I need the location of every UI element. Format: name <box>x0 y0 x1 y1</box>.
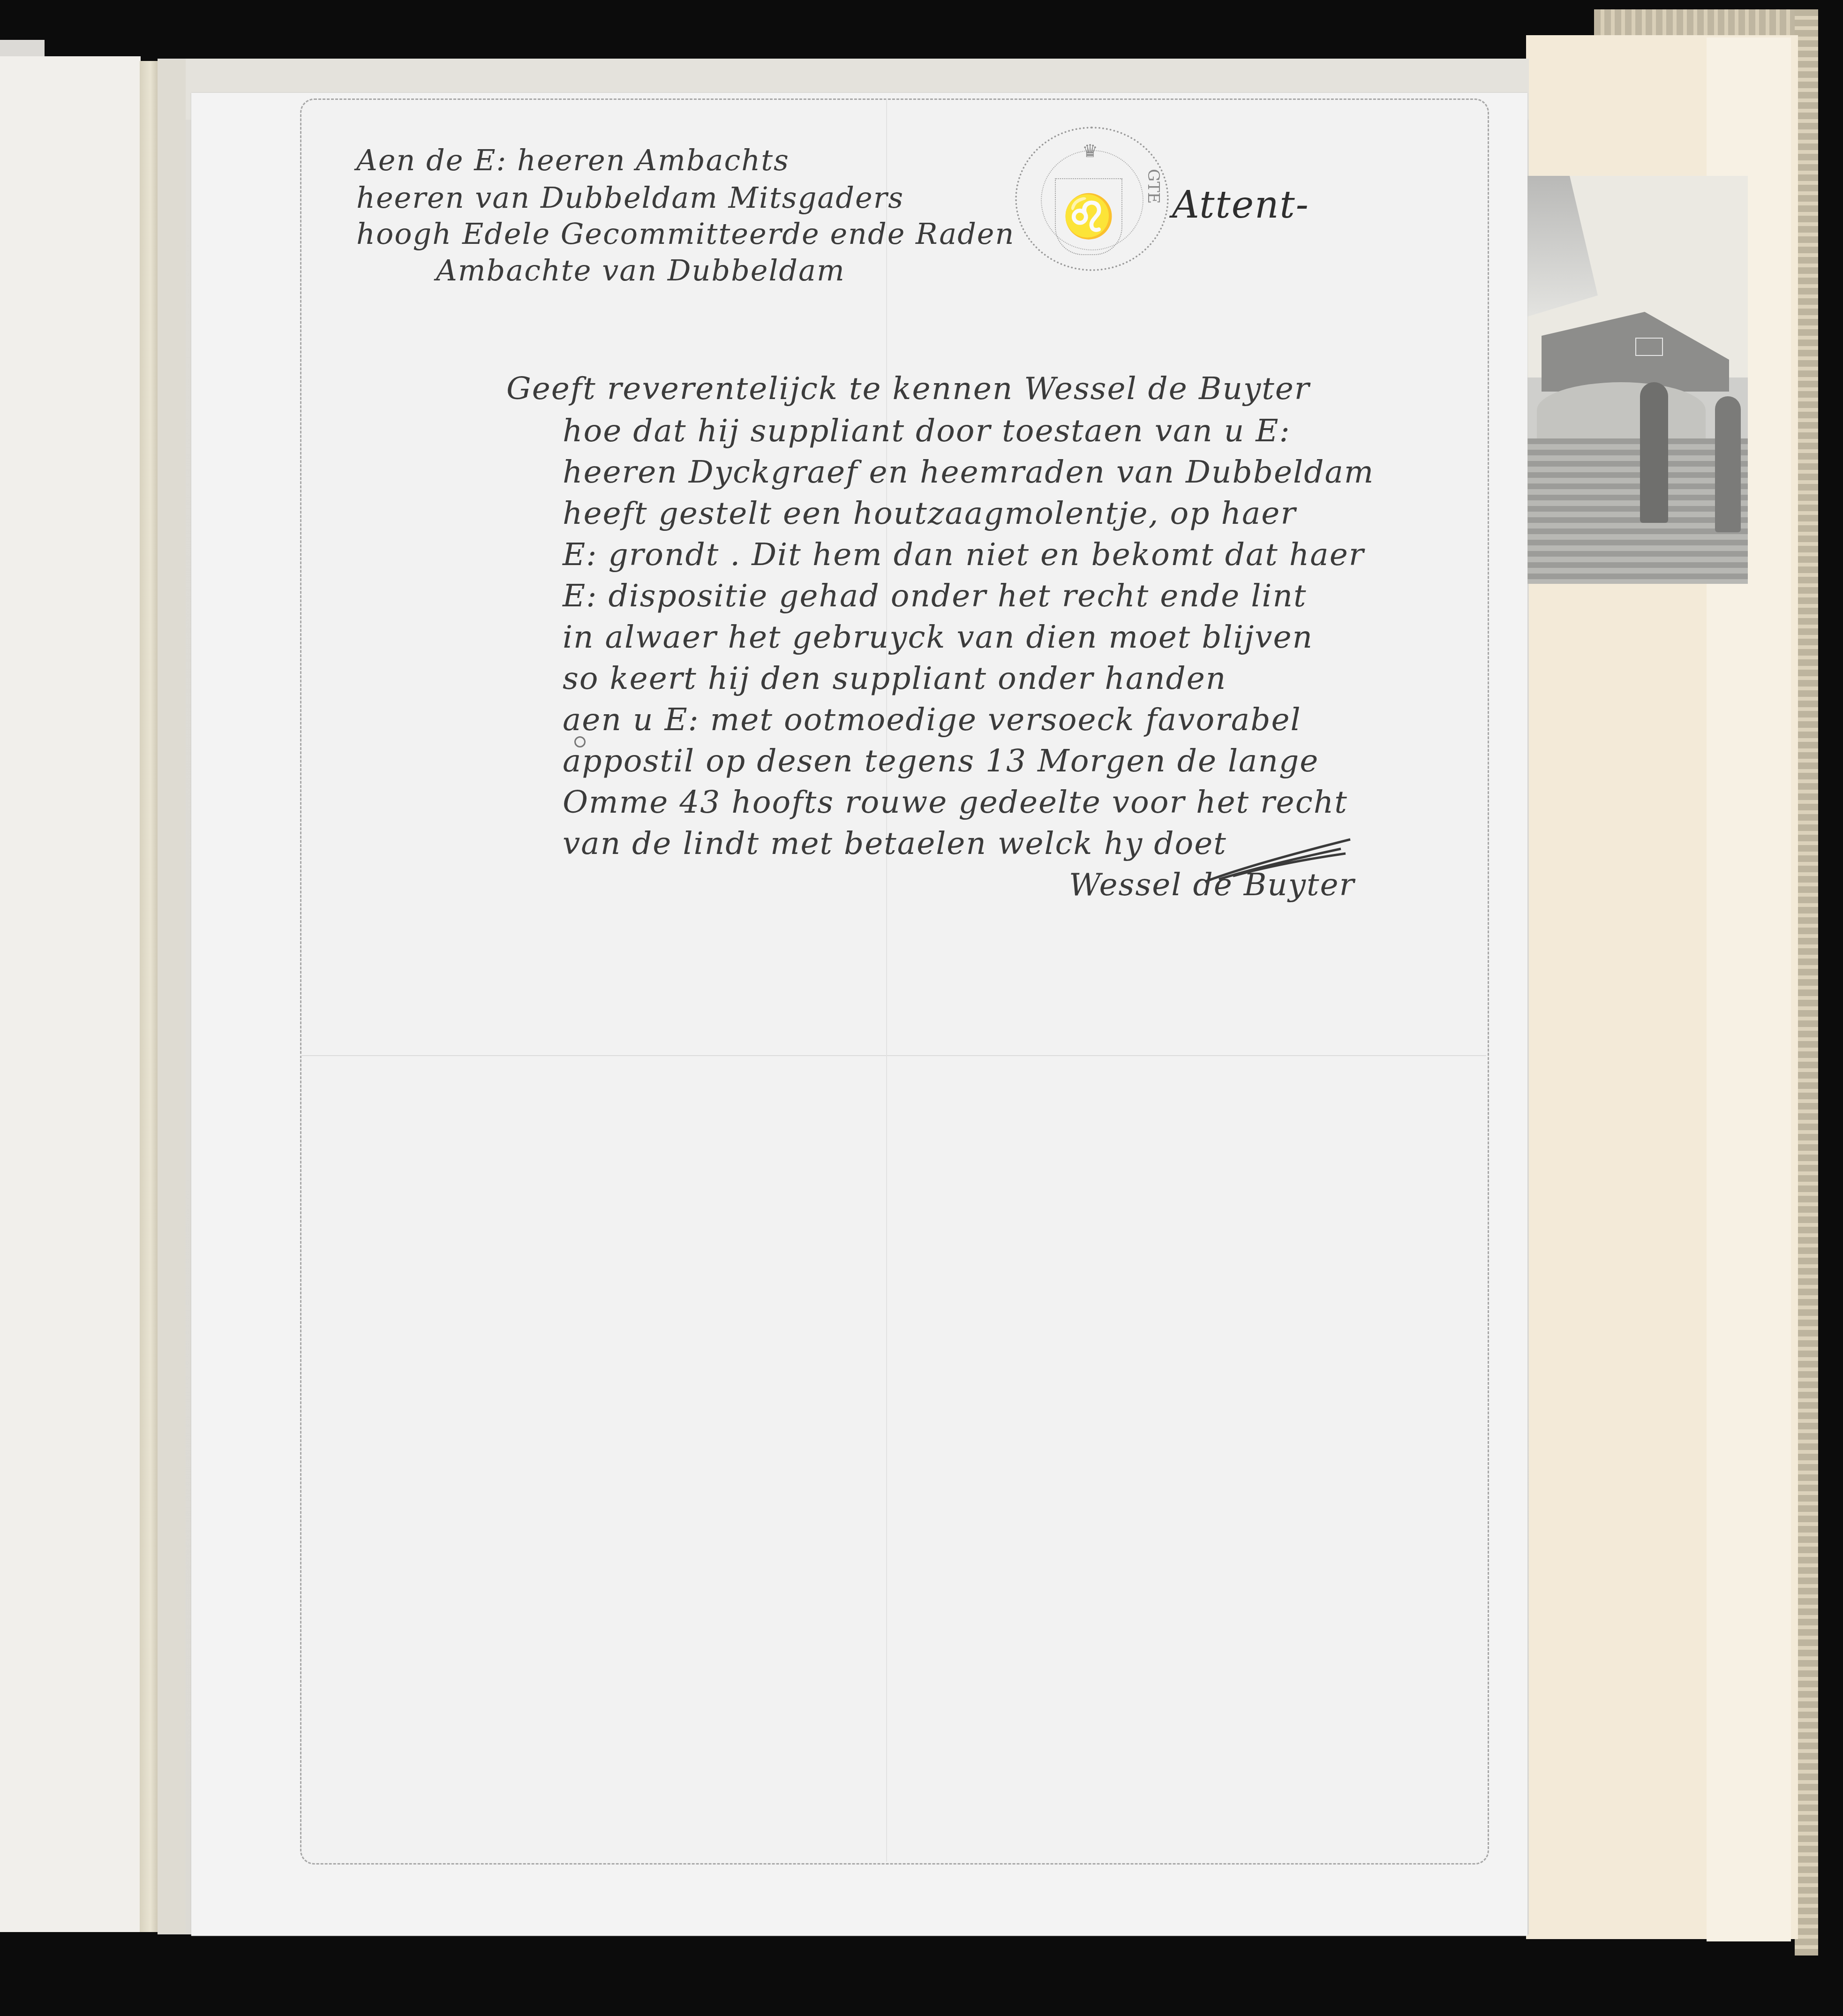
left-facing-page <box>0 56 141 1932</box>
address-line-3: hoogh Edele Gecommitteerde ende Raden <box>356 217 1015 251</box>
left-page-tab <box>0 40 45 59</box>
body-line-11: Omme 43 hoofts rouwe gedeelte voor het r… <box>563 784 1348 820</box>
address-line-4: Ambachte van Dubbeldam <box>436 253 845 287</box>
cloth-binding-edge <box>1795 9 1818 1956</box>
cloth-binding-top <box>1594 9 1807 35</box>
fold-line-horizontal <box>300 1055 1486 1056</box>
address-line-1: Aen de E: heeren Ambachts <box>356 143 790 177</box>
lion-shield-icon: ♌ <box>1055 178 1122 255</box>
timber-pile <box>1537 382 1706 438</box>
person-figure <box>1640 382 1668 523</box>
body-line-6: E: dispositie gehad onder het recht ende… <box>563 578 1307 614</box>
crown-icon: ♛ <box>1050 141 1130 159</box>
person-figure-2 <box>1715 396 1741 532</box>
body-line-8: so keert hij den suppliant onder handen <box>563 660 1226 696</box>
barn-window <box>1635 338 1663 356</box>
body-line-12: van de lindt met betaelen welck hy doet <box>563 825 1227 861</box>
document-outline <box>300 98 1489 1865</box>
album-hinge <box>140 61 158 1932</box>
fold-line-vertical <box>886 98 887 1862</box>
body-line-4: heeft gestelt een houtzaagmolentje, op h… <box>563 495 1296 531</box>
body-line-1: Geeft reverentelijck te kennen Wessel de… <box>506 370 1310 407</box>
seal-legend: GTE <box>1135 169 1163 239</box>
body-line-7: in alwaer het gebruyck van dien moet bli… <box>563 619 1313 655</box>
body-line-9: aen u E: met ootmoedige versoeck favorab… <box>563 702 1301 738</box>
signature-flourish-icon <box>1200 835 1355 886</box>
body-line-10: appostil op desen tegens 13 Morgen de la… <box>563 743 1319 779</box>
address-line-2: heeren van Dubbeldam Mitsgaders <box>356 181 904 215</box>
body-line-5: E: grondt . Dit hem dan niet en bekomt d… <box>563 536 1364 573</box>
margin-dot <box>574 736 586 748</box>
body-line-3: heeren Dyckgraef en heemraden van Dubbel… <box>563 454 1374 490</box>
inset-photo-windmill <box>1527 176 1748 584</box>
body-line-2: hoe dat hij suppliant door toestaen van … <box>563 413 1291 449</box>
annotation-attent: Attent- <box>1172 183 1309 227</box>
hinge-strip <box>158 60 186 1933</box>
